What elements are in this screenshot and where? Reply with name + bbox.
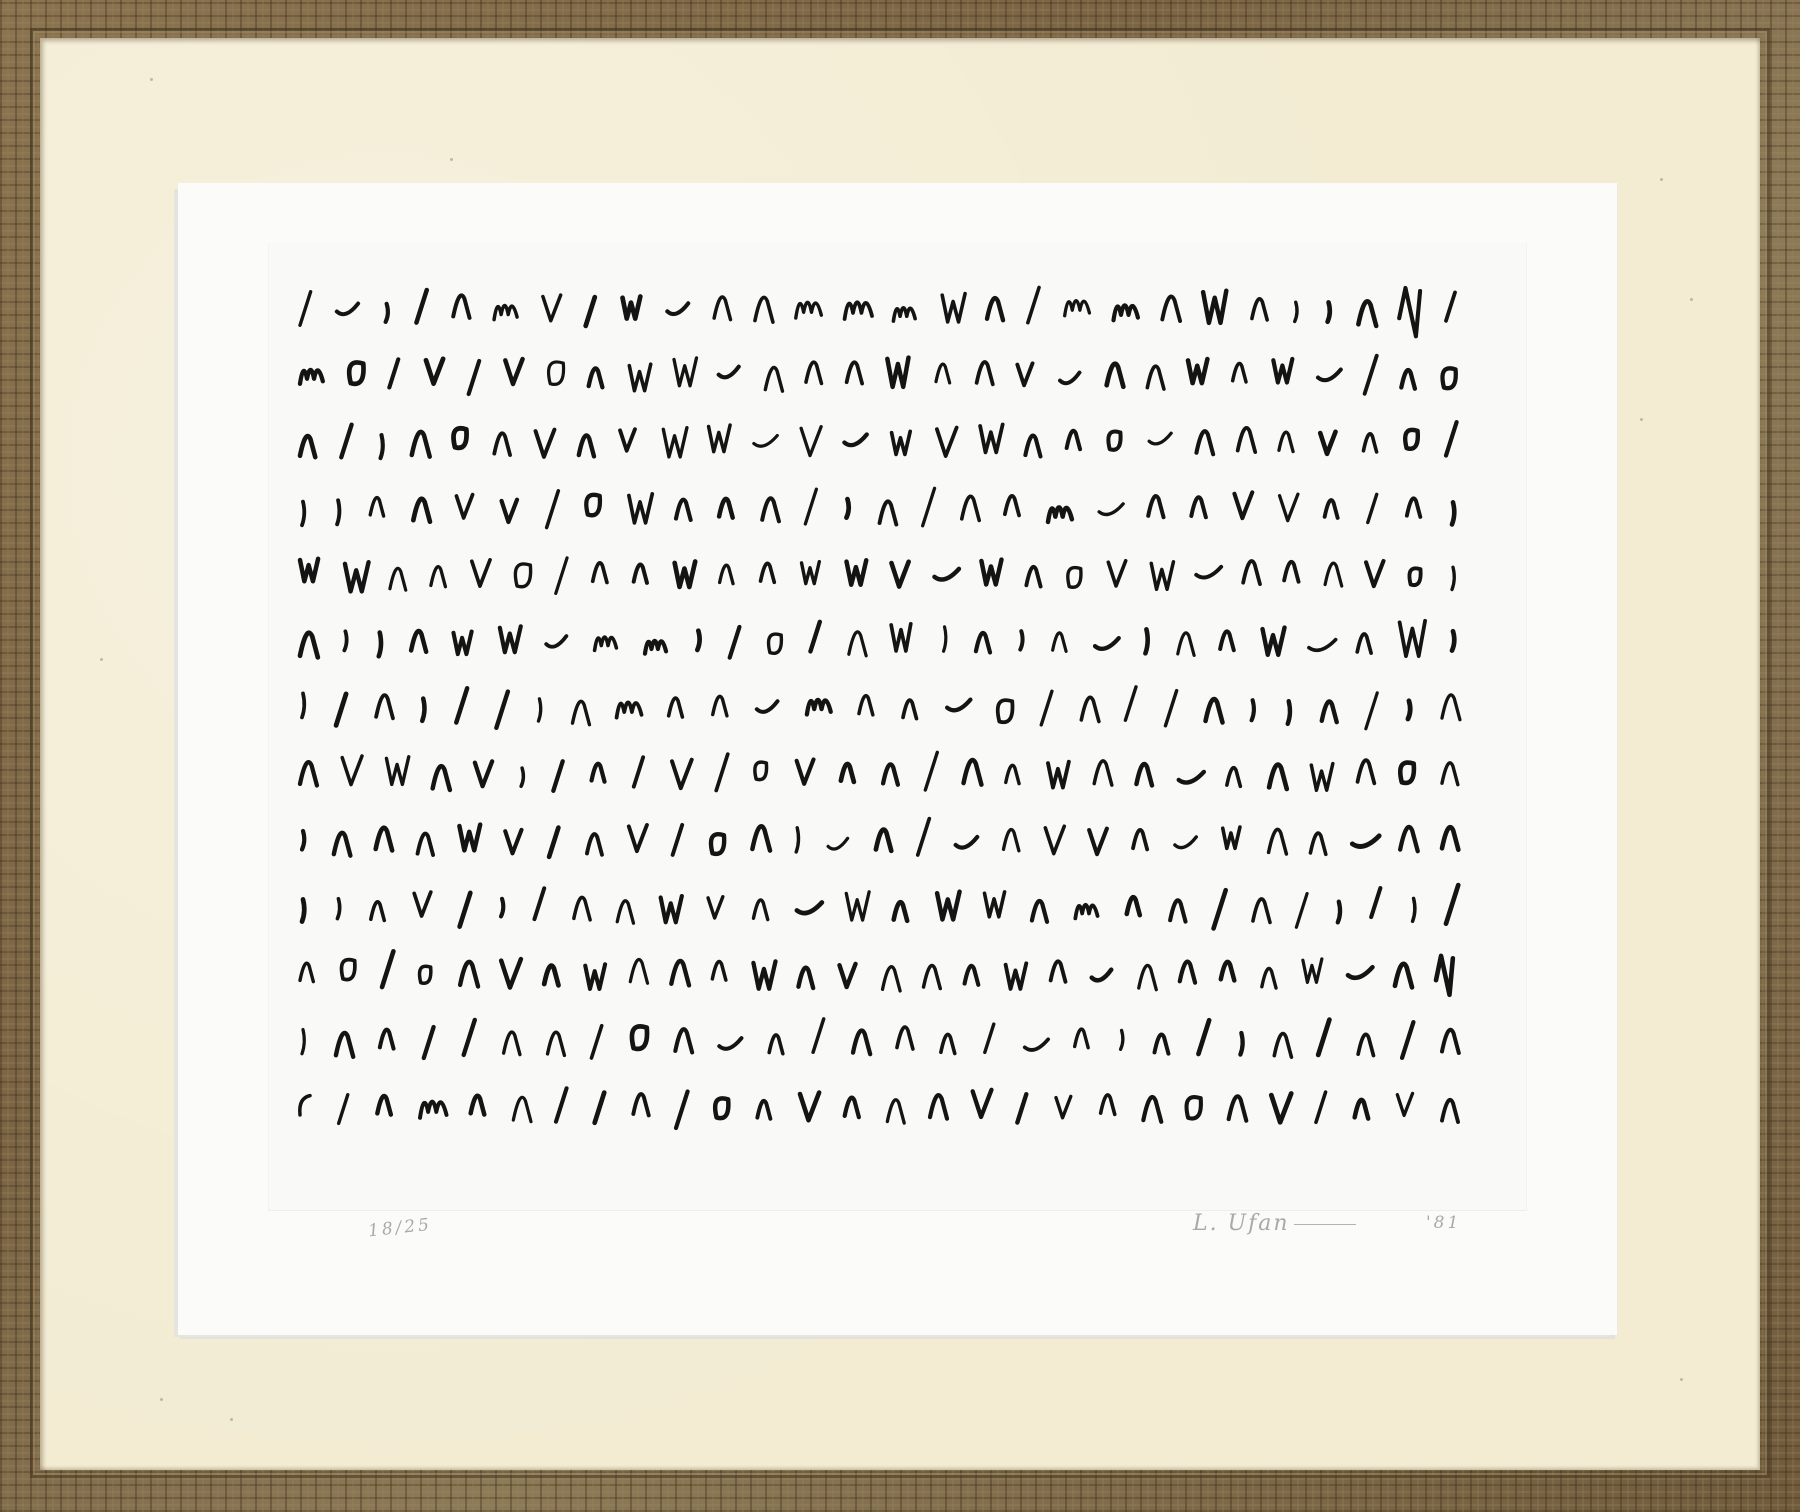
brush-mark <box>985 1024 994 1052</box>
brush-mark <box>753 961 775 988</box>
signature-flourish <box>1294 1224 1356 1225</box>
brush-mark <box>1328 302 1330 321</box>
brush-mark <box>1252 700 1254 720</box>
brush-mark <box>674 358 697 386</box>
brush-mark <box>1446 885 1458 924</box>
brush-mark <box>634 565 647 583</box>
brush-mark <box>1041 691 1052 725</box>
brush-mark <box>801 427 821 456</box>
brush-mark <box>553 761 562 791</box>
brush-mark <box>411 631 426 652</box>
brush-mark <box>965 966 979 985</box>
brush-mark <box>1121 1030 1123 1049</box>
brush-mark <box>1094 761 1112 785</box>
brush-mark <box>585 964 605 989</box>
brush-mark <box>595 1093 605 1123</box>
brush-mark <box>1243 561 1260 584</box>
brush-mark <box>1366 561 1383 586</box>
brush-mark <box>547 491 559 528</box>
brush-mark <box>769 634 782 653</box>
brush-mark <box>342 960 355 980</box>
brush-mark <box>556 1088 567 1121</box>
brush-mark <box>1274 1034 1291 1058</box>
brush-mark <box>502 500 517 522</box>
brush-mark <box>887 358 908 387</box>
brush-mark <box>345 562 369 591</box>
brush-mark <box>981 560 1001 585</box>
brush-mark <box>302 1029 304 1053</box>
brush-mark <box>956 837 978 848</box>
brush-mark <box>1006 963 1027 989</box>
brush-mark <box>903 700 916 719</box>
brush-mark <box>371 902 384 921</box>
mat-speck <box>100 658 103 661</box>
brush-mark <box>339 1095 348 1124</box>
brush-mark <box>1309 640 1336 651</box>
brush-mark <box>389 359 398 387</box>
brush-mark <box>623 297 641 319</box>
brush-mark <box>1401 370 1415 389</box>
brush-mark <box>586 297 595 326</box>
brush-mark <box>697 631 699 650</box>
brush-mark <box>300 370 323 384</box>
brush-mark <box>521 768 523 786</box>
brush-mark <box>500 626 521 652</box>
brush-mark <box>1452 567 1454 589</box>
brush-mark <box>897 1027 913 1049</box>
brush-mark <box>1413 898 1415 921</box>
brush-mark <box>1145 629 1147 653</box>
brush-mark <box>1446 422 1457 455</box>
brush-mark <box>1442 763 1458 785</box>
brush-mark <box>595 637 617 650</box>
brush-mark <box>762 498 779 521</box>
brush-mark <box>1442 1100 1458 1122</box>
brush-mark <box>1400 763 1414 783</box>
brush-mark <box>1240 1033 1242 1055</box>
brush-mark <box>1068 568 1081 588</box>
brush-mark <box>1075 1029 1089 1048</box>
brush-mark <box>1143 1097 1161 1122</box>
mat-speck <box>230 1418 233 1421</box>
brush-mark <box>336 694 346 726</box>
brush-mark <box>1139 965 1157 989</box>
brush-mark <box>453 632 471 654</box>
brush-mark <box>1273 359 1292 383</box>
brush-mark <box>1127 897 1140 915</box>
signature-text: L. Ufan <box>1193 1211 1290 1236</box>
brush-mark <box>893 308 915 321</box>
brush-mark <box>752 826 770 850</box>
brush-mark <box>420 966 431 983</box>
brush-mark <box>416 290 426 323</box>
wooden-frame: 18/25 L. Ufan '81 <box>0 0 1800 1512</box>
brush-mark <box>1206 699 1223 722</box>
brush-mark <box>629 825 647 851</box>
brush-mark <box>337 899 339 919</box>
brush-mark <box>813 1019 824 1052</box>
brush-mark <box>456 495 472 518</box>
brush-mark <box>947 700 970 711</box>
brush-mark <box>892 431 911 454</box>
brush-mark <box>302 831 304 850</box>
brush-mark <box>1178 633 1194 656</box>
brush-mark <box>1089 829 1107 855</box>
brush-mark <box>548 1032 565 1055</box>
brush-mark <box>579 435 594 456</box>
brush-mark <box>714 297 730 320</box>
brush-mark <box>676 1091 688 1128</box>
brush-mark <box>1060 373 1080 384</box>
mat-speck <box>150 78 153 81</box>
brush-mark <box>1221 962 1234 981</box>
brush-mark <box>591 1026 601 1058</box>
brush-mark <box>847 560 867 584</box>
brush-mark <box>1025 436 1040 457</box>
brush-mark <box>1311 764 1332 791</box>
brush-mark <box>422 699 424 721</box>
brush-mark <box>755 297 773 322</box>
brush-mark <box>501 959 521 988</box>
brush-mark <box>1155 1034 1169 1053</box>
brush-mark <box>413 499 430 522</box>
brush-mark <box>1067 431 1080 449</box>
brush-mark <box>891 624 911 651</box>
brush-mark <box>1065 301 1090 316</box>
brush-mark <box>937 892 959 920</box>
brush-mark <box>1075 905 1097 919</box>
brush-mark <box>302 899 304 921</box>
brush-mark <box>337 500 339 524</box>
brush-mark <box>709 425 730 452</box>
brush-mark <box>617 702 642 717</box>
brush-mark <box>708 897 723 918</box>
brush-mark <box>1175 837 1196 848</box>
brush-mark <box>1170 900 1185 921</box>
brush-mark <box>1045 826 1064 853</box>
brush-mark <box>1318 370 1341 381</box>
brush-mark <box>846 499 848 518</box>
brush-mark <box>1101 1095 1115 1114</box>
brush-mark <box>456 688 467 722</box>
brush-mark <box>934 569 959 580</box>
brush-mark <box>1179 772 1204 783</box>
brush-mark <box>376 828 392 851</box>
brush-mark <box>1148 496 1163 517</box>
brush-mark <box>341 425 351 458</box>
brush-mark <box>386 757 408 785</box>
brush-mark <box>1320 432 1335 454</box>
brush-mark <box>300 762 317 785</box>
brush-mark <box>918 819 930 855</box>
brush-mark <box>976 633 990 652</box>
brush-mark <box>930 1095 947 1118</box>
brush-mark <box>1214 890 1226 928</box>
mat-speck <box>160 1398 163 1401</box>
brush-mark <box>672 760 692 788</box>
brush-mark <box>629 494 652 523</box>
brush-mark <box>300 292 311 325</box>
brush-mark <box>1125 687 1136 720</box>
brush-mark <box>1223 827 1240 848</box>
brush-mark <box>1032 901 1047 922</box>
brush-mark <box>549 362 564 384</box>
brush-mark <box>1081 697 1099 721</box>
brush-mark <box>1053 633 1066 652</box>
brush-mark <box>645 641 666 654</box>
brush-mark <box>798 968 813 988</box>
brush-mark <box>853 1031 870 1055</box>
brush-mark <box>1303 959 1322 982</box>
brush-mark <box>962 496 979 520</box>
brush-mark <box>880 501 897 524</box>
brush-mark <box>730 627 740 658</box>
brush-mark <box>414 892 431 916</box>
brush-mark <box>796 828 798 852</box>
brush-mark <box>841 764 854 782</box>
brush-mark <box>1056 1096 1071 1117</box>
brush-mark <box>632 1026 647 1049</box>
brush-mark <box>1352 836 1379 847</box>
brush-mark <box>382 951 393 987</box>
brush-mark <box>849 632 866 656</box>
brush-mark <box>1133 830 1147 850</box>
brush-mark <box>386 304 388 322</box>
brush-mark <box>431 567 446 587</box>
brush-mark <box>412 432 430 457</box>
brush-mark <box>720 565 733 584</box>
brush-mark <box>1113 305 1137 320</box>
brush-mark <box>937 428 957 456</box>
brush-mark <box>377 1096 391 1115</box>
brush-mark <box>1162 297 1180 322</box>
brush-mark <box>1338 902 1340 923</box>
brush-mark <box>471 1096 485 1115</box>
brush-mark <box>1196 431 1213 454</box>
brush-mark <box>1288 701 1290 724</box>
brush-mark <box>985 892 1005 917</box>
brush-mark <box>1180 962 1195 983</box>
brush-mark <box>925 752 937 790</box>
brush-mark <box>715 1098 728 1118</box>
brush-mark <box>765 368 782 392</box>
brush-mark <box>1048 762 1069 788</box>
brush-mark <box>844 434 866 445</box>
brush-mark <box>987 298 1003 320</box>
mat-speck <box>1660 178 1663 181</box>
brush-mark <box>1399 288 1420 336</box>
signature-year: '81 <box>1426 1213 1461 1233</box>
brush-mark <box>673 825 683 855</box>
brush-mark <box>719 1038 741 1049</box>
brush-mark <box>1325 500 1338 518</box>
brush-mark <box>1203 291 1226 323</box>
brush-mark <box>453 295 469 317</box>
brush-mark <box>1357 634 1371 653</box>
brush-mark <box>1188 359 1207 383</box>
brush-mark <box>501 899 503 917</box>
brush-mark <box>923 488 935 526</box>
brush-mark <box>1107 364 1124 387</box>
brush-mark <box>379 633 381 657</box>
brush-mark <box>1405 430 1418 449</box>
brush-mark <box>845 1098 859 1118</box>
brush-mark <box>549 828 558 857</box>
brush-mark <box>496 692 508 728</box>
brush-mark <box>1136 764 1152 785</box>
brush-mark <box>1220 631 1234 650</box>
brush-mark <box>1408 701 1410 719</box>
brush-mark <box>802 562 820 584</box>
brush-mark <box>472 560 490 586</box>
brush-mark <box>1452 502 1454 524</box>
brush-mark <box>1316 1092 1326 1122</box>
brush-mark <box>494 306 517 320</box>
brush-mark <box>769 1035 783 1054</box>
brush-mark <box>671 961 689 985</box>
brush-mark <box>1229 1096 1247 1120</box>
brush-mark <box>713 696 727 716</box>
brush-mark <box>711 834 724 854</box>
brush-mark <box>876 830 891 851</box>
brush-mark <box>589 368 603 387</box>
brush-mark <box>459 825 480 851</box>
brush-mark <box>828 838 848 849</box>
brush-mark <box>1187 1097 1201 1119</box>
brush-mark <box>1026 567 1040 587</box>
brush-mark <box>753 900 767 920</box>
calligraphic-marks <box>178 183 1617 1335</box>
brush-mark <box>661 896 682 922</box>
brush-mark <box>1310 833 1325 854</box>
brush-mark <box>1442 1030 1459 1053</box>
brush-mark <box>839 964 855 987</box>
brush-mark <box>1366 693 1377 729</box>
brush-mark <box>1296 894 1307 928</box>
brush-mark <box>675 1029 692 1052</box>
brush-mark <box>1452 631 1454 650</box>
brush-mark <box>464 1020 475 1055</box>
brush-mark <box>300 1096 310 1115</box>
mat-speck <box>1640 418 1643 421</box>
brush-mark <box>587 834 602 855</box>
brush-mark <box>420 1102 446 1118</box>
brush-mark <box>964 760 982 785</box>
brush-mark <box>538 699 540 721</box>
brush-mark <box>1092 970 1112 981</box>
brush-mark <box>381 435 383 458</box>
brush-mark <box>1284 562 1298 582</box>
brush-mark <box>546 636 566 647</box>
brush-mark <box>883 764 898 784</box>
brush-mark <box>1395 964 1412 988</box>
brush-mark <box>1165 691 1176 726</box>
brush-mark <box>300 559 318 581</box>
brush-mark <box>1095 638 1119 649</box>
brush-mark <box>1355 1100 1369 1119</box>
brush-mark <box>1099 504 1123 515</box>
brush-mark <box>936 364 950 383</box>
brush-mark <box>629 364 650 390</box>
brush-mark <box>755 762 767 779</box>
brush-mark <box>460 962 478 987</box>
brush-mark <box>390 568 406 590</box>
brush-mark <box>515 564 530 587</box>
brush-mark <box>634 757 643 786</box>
brush-mark <box>592 764 605 782</box>
brush-mark <box>536 430 555 457</box>
brush-mark <box>574 897 590 919</box>
brush-mark <box>1442 368 1455 388</box>
brush-mark <box>845 302 872 319</box>
brush-mark <box>380 1030 394 1049</box>
brush-mark <box>1358 1034 1373 1055</box>
brush-mark <box>300 436 315 457</box>
brush-mark <box>1262 968 1276 988</box>
brush-mark <box>433 766 450 790</box>
brush-mark <box>1322 702 1337 723</box>
brush-mark <box>1348 967 1373 978</box>
brush-mark <box>1005 496 1019 516</box>
brush-mark <box>370 498 383 516</box>
brush-mark <box>757 701 778 712</box>
brush-mark <box>1358 301 1376 326</box>
brush-mark <box>847 362 862 383</box>
brush-mark <box>1006 765 1019 783</box>
brush-mark <box>344 631 346 650</box>
brush-mark <box>1318 1020 1329 1055</box>
brush-mark <box>1400 621 1425 656</box>
brush-mark <box>1234 492 1252 518</box>
brush-mark <box>620 429 635 450</box>
brush-mark <box>475 761 492 786</box>
artist-signature: L. Ufan <box>1193 1211 1356 1236</box>
brush-mark <box>1407 498 1420 516</box>
brush-mark <box>1108 561 1125 586</box>
brush-mark <box>1269 765 1287 789</box>
brush-mark <box>887 1100 904 1123</box>
brush-mark <box>513 1097 531 1121</box>
brush-mark <box>810 622 819 652</box>
brush-mark <box>336 1033 353 1057</box>
brush-mark <box>337 304 358 315</box>
brush-mark <box>424 1027 434 1058</box>
brush-mark <box>806 362 821 383</box>
brush-mark <box>1149 433 1171 444</box>
brush-mark <box>1365 356 1377 394</box>
brush-mark <box>1269 829 1287 854</box>
brush-mark <box>1400 827 1418 851</box>
brush-mark <box>1358 760 1375 783</box>
brush-mark <box>1402 1022 1413 1058</box>
brush-mark <box>663 428 687 457</box>
brush-mark <box>1279 432 1293 451</box>
brush-mark <box>667 303 688 314</box>
brush-mark <box>1397 1093 1412 1115</box>
brush-mark <box>980 424 1003 452</box>
brush-mark <box>544 966 558 986</box>
brush-mark <box>1017 1094 1026 1122</box>
brush-mark <box>1442 827 1458 850</box>
brush-mark <box>505 359 522 384</box>
brush-mark <box>944 627 946 651</box>
brush-mark <box>846 892 869 920</box>
print-paper: 18/25 L. Ufan '81 <box>178 183 1617 1335</box>
brush-mark <box>859 696 873 715</box>
brush-mark <box>460 893 471 927</box>
brush-mark <box>633 1094 648 1115</box>
brush-mark <box>941 1034 955 1053</box>
